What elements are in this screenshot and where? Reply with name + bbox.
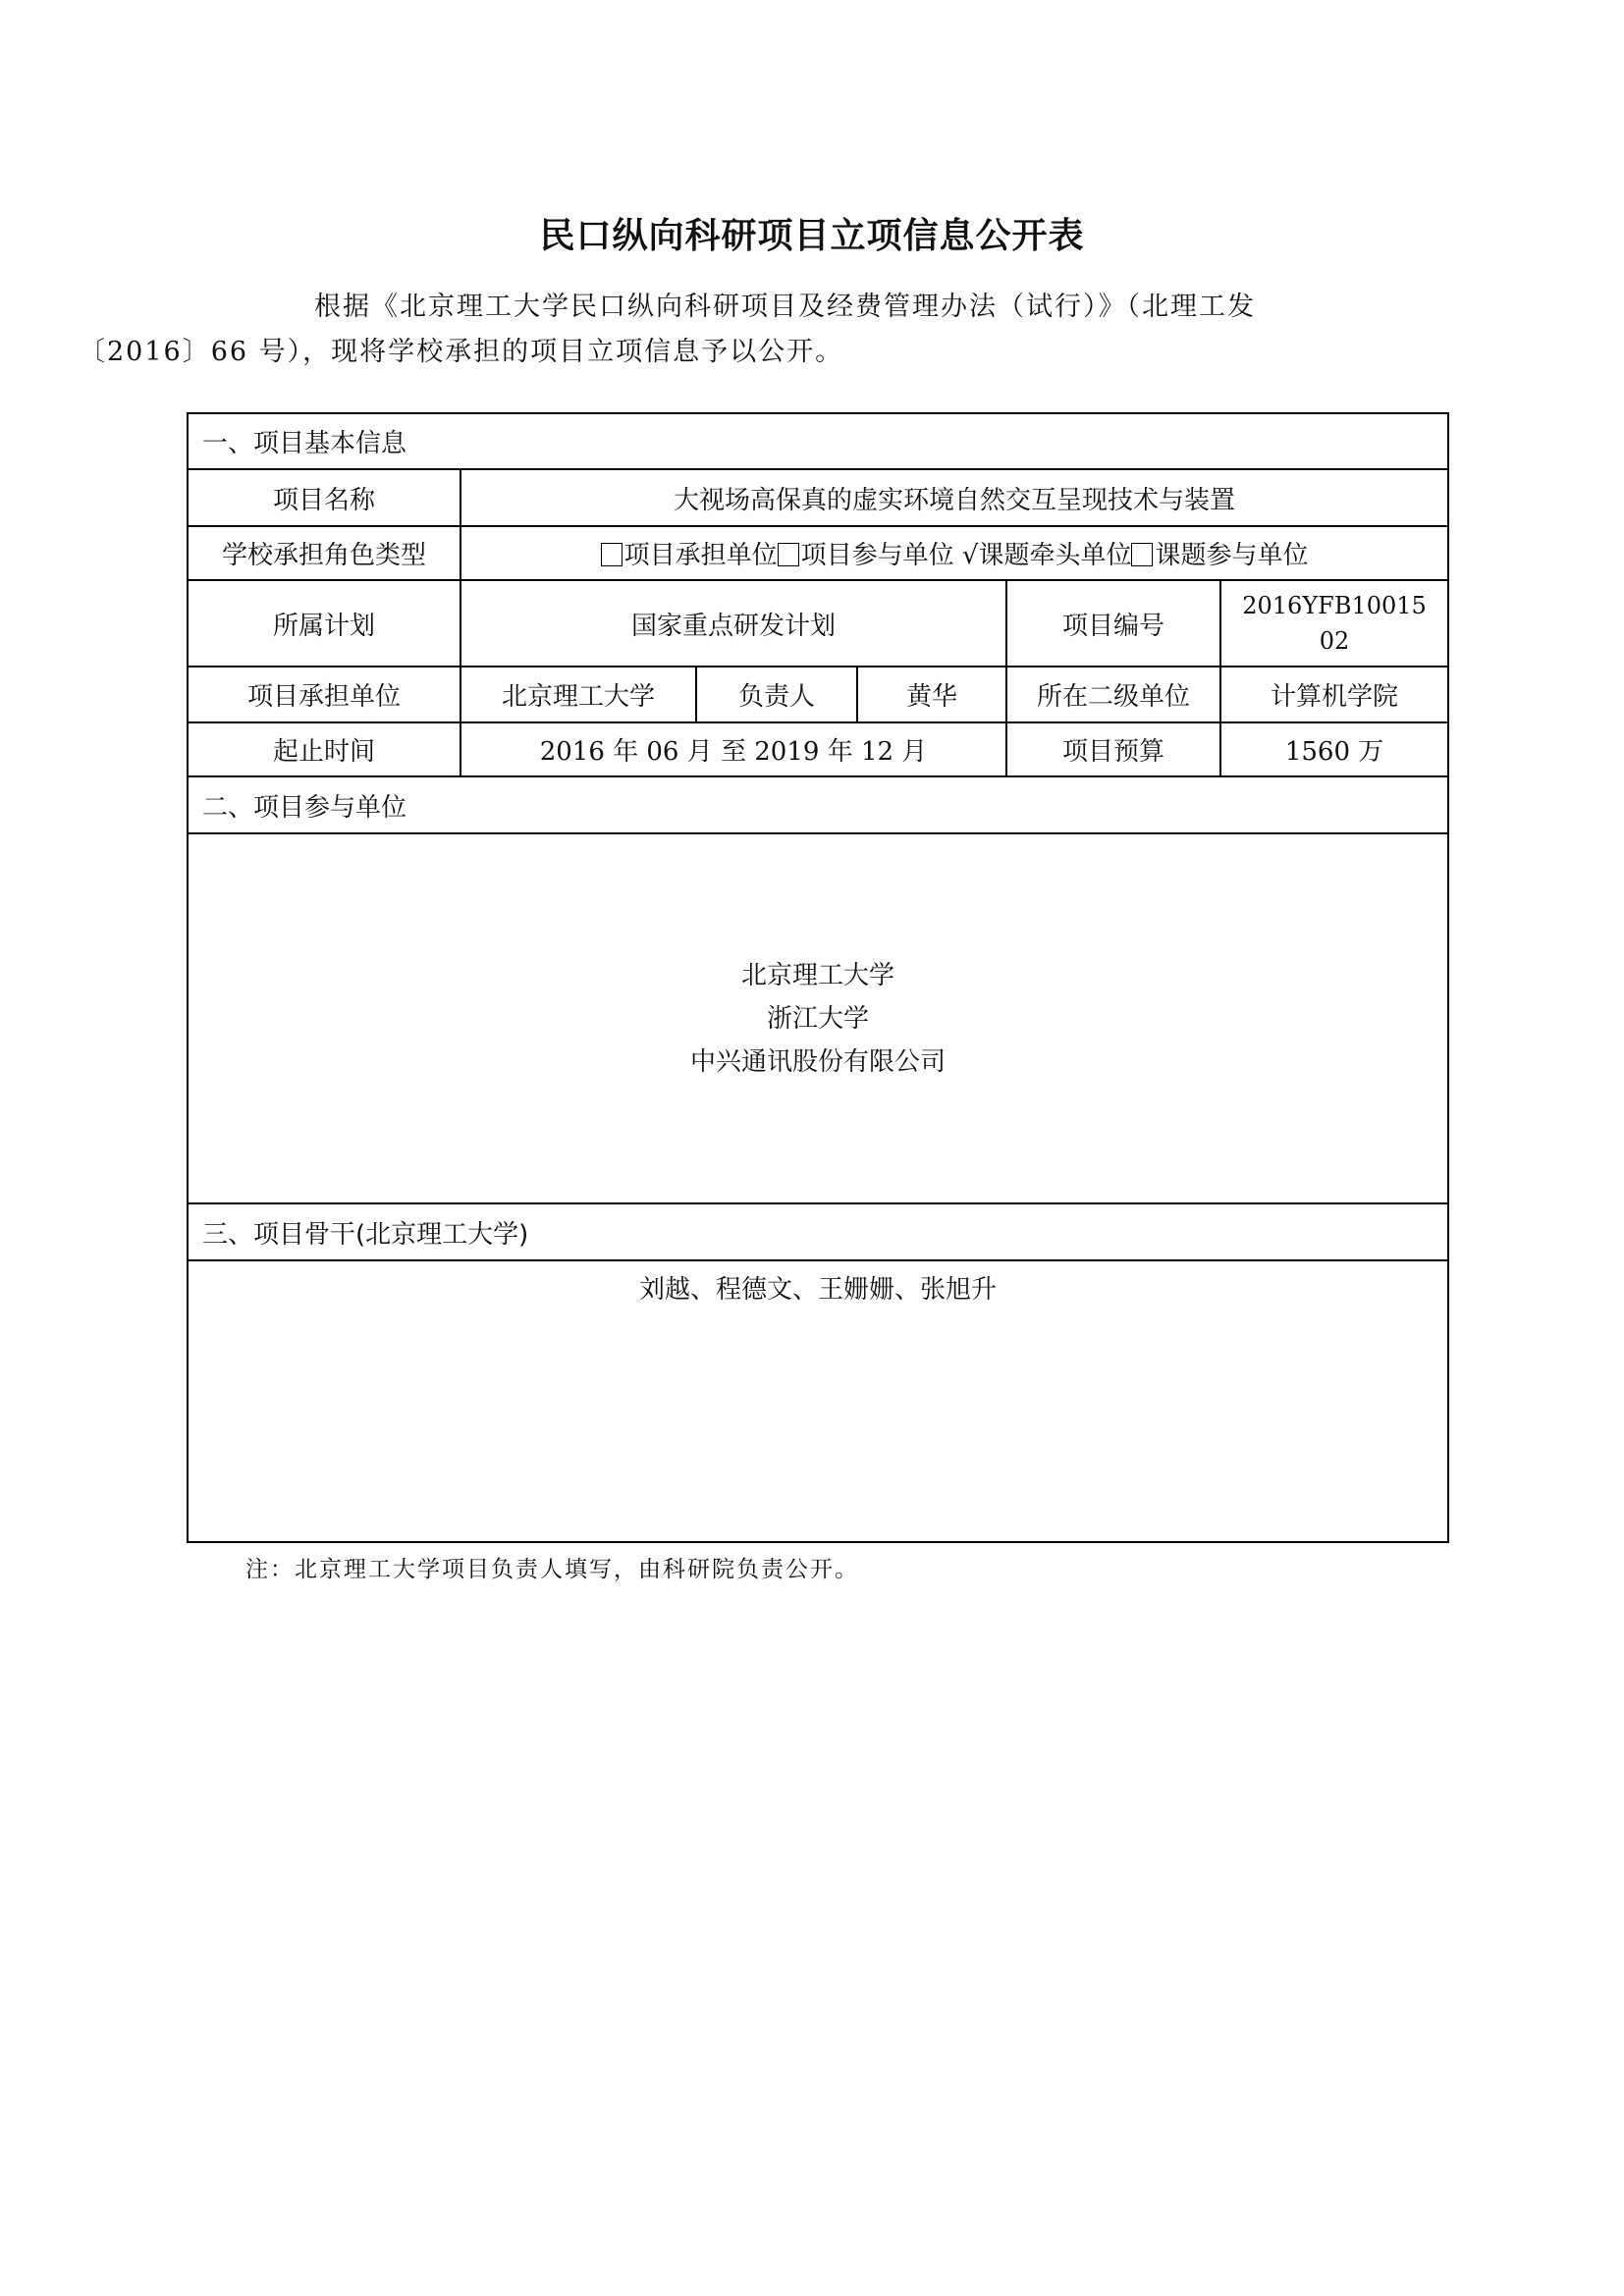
plan-value: 国家重点研发计划 [460,580,1006,667]
budget-label: 项目预算 [1006,722,1220,776]
leader-label: 负责人 [696,667,857,722]
participating-unit: 中兴通讯股份有限公司 [196,1041,1439,1084]
period-value: 2016 年 06 月 至 2019 年 12 月 [460,722,1006,776]
plan-label: 所属计划 [188,580,460,667]
role-option-project-participant[interactable]: 项目参与单位 [778,541,954,570]
role-option-project-undertaker[interactable]: 项目承担单位 [601,541,778,570]
checkbox-icon[interactable] [601,543,623,566]
participating-units-list: 北京理工大学 浙江大学 中兴通讯股份有限公司 [188,833,1448,1203]
leader-value: 黄华 [857,667,1006,722]
role-type-label: 学校承担角色类型 [188,526,460,580]
page-title: 民口纵向科研项目立项信息公开表 [0,208,1624,258]
project-name-value: 大视场高保真的虚实环境自然交互呈现技术与装置 [460,469,1448,526]
project-number-label: 项目编号 [1006,580,1220,667]
intro-line-2: 〔2016〕66 号），现将学校承担的项目立项信息予以公开。 [196,330,1443,375]
project-info-table: 一、项目基本信息 项目名称 大视场高保真的虚实环境自然交互呈现技术与装置 学校承… [187,412,1449,1543]
checkbox-icon[interactable] [778,543,799,566]
undertaking-unit-label: 项目承担单位 [188,667,460,722]
checkbox-icon[interactable] [1131,543,1153,566]
section-header-participating-units: 二、项目参与单位 [188,776,1448,833]
participating-unit: 浙江大学 [196,997,1439,1041]
intro-paragraph: 根据《北京理工大学民口纵向科研项目及经费管理办法（试行）》（北理工发 〔2016… [196,285,1443,375]
secondary-unit-label: 所在二级单位 [1006,667,1220,722]
undertaking-unit-value: 北京理工大学 [460,667,696,722]
check-mark-icon[interactable]: √ [962,541,979,570]
role-option-topic-leader[interactable]: √课题牵头单位 [954,541,1132,570]
budget-value: 1560 万 [1220,722,1448,776]
period-label: 起止时间 [188,722,460,776]
footnote: 注：北京理工大学项目负责人填写，由科研院负责公开。 [245,1551,859,1583]
key-members-value: 刘越、程德文、王姗姗、张旭升 [188,1260,1448,1542]
project-name-label: 项目名称 [188,469,460,526]
role-option-topic-participant[interactable]: 课题参与单位 [1131,541,1308,570]
role-type-options: 项目承担单位项目参与单位 √课题牵头单位课题参与单位 [460,526,1448,580]
intro-line-1: 根据《北京理工大学民口纵向科研项目及经费管理办法（试行）》（北理工发 [314,292,1256,322]
participating-unit: 北京理工大学 [196,954,1439,997]
section-header-basic-info: 一、项目基本信息 [188,413,1448,469]
section-header-key-members: 三、项目骨干(北京理工大学) [188,1203,1448,1260]
project-number-value: 2016YFB10015 02 [1220,580,1448,667]
secondary-unit-value: 计算机学院 [1220,667,1448,722]
